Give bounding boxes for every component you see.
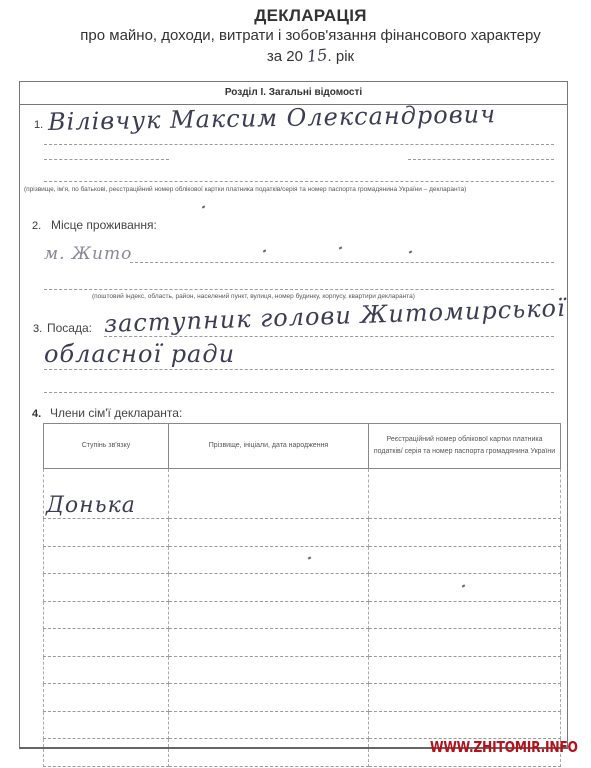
year-handwritten: 15: [306, 45, 328, 66]
cell-id: [369, 546, 561, 574]
declaration-year: за 20 15. рік: [0, 46, 591, 65]
document-subtitle: про майно, доходи, витрати і зобов'язанн…: [0, 27, 591, 44]
table-row: [44, 684, 561, 712]
field1-number: 1.: [34, 119, 43, 131]
cell-name: [169, 629, 369, 657]
table-row: [44, 519, 561, 547]
table-row: [44, 601, 561, 629]
field2-caption: (поштовий індекс, область, район, населе…: [92, 293, 415, 300]
cell-name: [169, 469, 369, 519]
cell-id: [369, 656, 561, 684]
field4-label: Члени сім'ї декларанта:: [50, 406, 182, 420]
cell-relation: [44, 739, 169, 767]
cell-name: [169, 574, 369, 602]
document-title: ДЕКЛАРАЦІЯ: [0, 6, 591, 26]
family-members-table: Ступінь зв'язку Прізвище, ініціали, дата…: [43, 423, 561, 767]
cell-id: [369, 519, 561, 547]
cell-name: [169, 601, 369, 629]
field3-line-3: [44, 392, 554, 393]
cell-relation: [44, 711, 169, 739]
cell-id: [369, 601, 561, 629]
field4-number: 4.: [32, 408, 41, 420]
field3-line-1: [104, 336, 554, 337]
table-row: [44, 711, 561, 739]
table-row: Донька: [44, 469, 561, 519]
cell-name: [169, 519, 369, 547]
cell-id: [369, 684, 561, 712]
cell-id: [369, 574, 561, 602]
column-header-relation: Ступінь зв'язку: [44, 424, 169, 469]
site-watermark: WWW.ZHITOMIR.INFO: [430, 738, 578, 756]
year-prefix: за 20: [267, 48, 303, 65]
table-row: [44, 629, 561, 657]
residence-handwritten: м. Жито: [44, 244, 132, 264]
field2-line-2: [44, 289, 554, 290]
family-table-header: Ступінь зв'язку Прізвище, ініціали, дата…: [44, 424, 561, 469]
column-header-id: Реєстраційний номер облікової картки пла…: [369, 424, 561, 469]
field1-line-1: [44, 144, 554, 145]
cell-relation: [44, 601, 169, 629]
position-handwritten-line2: обласної ради: [44, 340, 235, 368]
cell-relation: [44, 519, 169, 547]
column-header-name: Прізвище, ініціали, дата народження: [169, 424, 369, 469]
cell-relation: [44, 684, 169, 712]
cell-name: [169, 711, 369, 739]
cell-name: [169, 656, 369, 684]
table-row: [44, 546, 561, 574]
year-suffix: . рік: [328, 48, 355, 65]
cell-id: [369, 469, 561, 519]
cell-relation: [44, 574, 169, 602]
field3-number: 3.: [33, 323, 42, 335]
field2-number: 2.: [32, 220, 41, 232]
cell-name: [169, 546, 369, 574]
field1-line-3: [44, 181, 554, 182]
field1-line-2b: [408, 159, 554, 160]
cell-name: [169, 684, 369, 712]
table-row: [44, 656, 561, 684]
cell-relation: [44, 656, 169, 684]
field1-caption: (прізвище, ім'я, по батькові, реєстрацій…: [24, 186, 466, 193]
cell-id: [369, 711, 561, 739]
field2-label: Місце проживання:: [51, 218, 157, 232]
cell-id: [369, 629, 561, 657]
field3-line-2: [44, 369, 554, 370]
cell-relation: [44, 546, 169, 574]
field2-line-1: [130, 262, 554, 263]
cell-relation: [44, 629, 169, 657]
field1-line-2a: [44, 159, 169, 160]
cell-name: [169, 739, 369, 767]
table-row: [44, 574, 561, 602]
field3-label: Посада:: [47, 321, 92, 335]
cell-relation: Донька: [44, 469, 169, 519]
